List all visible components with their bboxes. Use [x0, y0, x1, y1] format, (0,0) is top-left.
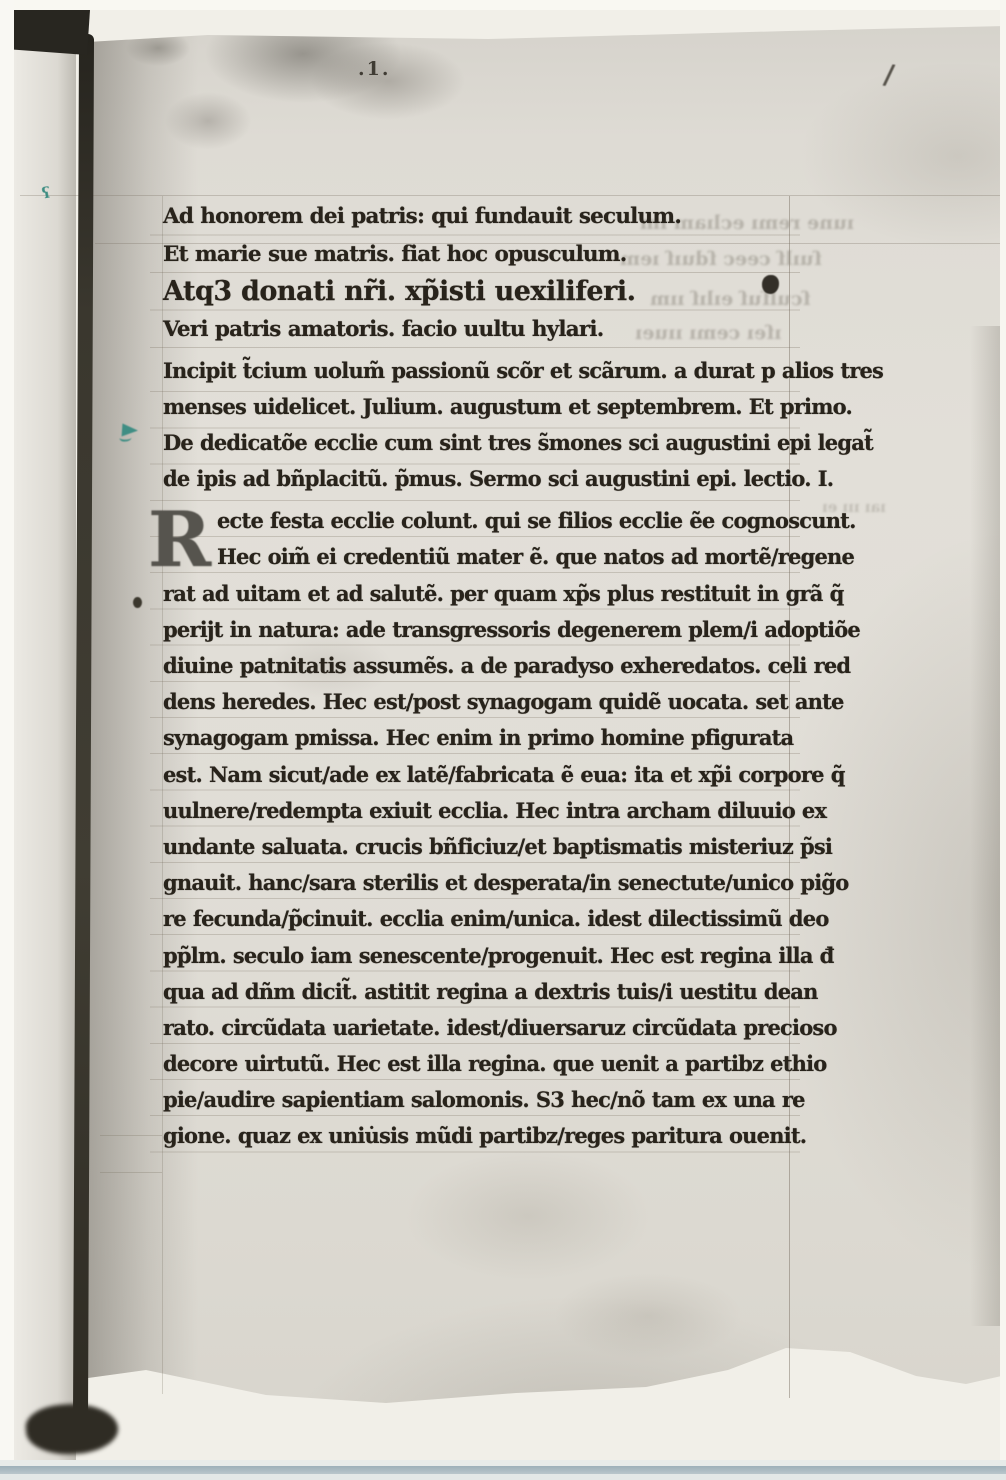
text-line: de ipis ad bñplacitũ. p̃mus. Sermo sci…	[163, 461, 811, 497]
text-line: rato. circũdata uarietate. idest/diuers…	[163, 1010, 811, 1046]
text-block: Ad honorem dei patris: qui fundauit secu…	[163, 198, 811, 1155]
binding-corner	[14, 10, 90, 55]
text-line: ecte festa ecclie colunt. qui se filios …	[163, 503, 811, 539]
text-line: uulnere/redempta exiuit ecclia. Hec intr…	[163, 793, 811, 829]
text-line: synagogam pmissa. Hec enim in primo homi…	[163, 720, 811, 756]
text-line: re fecunda/p̃cinuit. ecclia enim/unica. …	[163, 901, 811, 937]
text-line: Ad honorem dei patris: qui fundauit secu…	[163, 198, 811, 236]
text-line: Veri patris amatoris. facio uultu hylari…	[163, 311, 811, 349]
gutter-backing	[14, 10, 76, 1460]
text-line: De dedicatõe ecclie cum sint tres s̃mon…	[163, 425, 811, 461]
ruling-stub	[100, 1172, 162, 1173]
text-line: undante saluata. crucis bñficiuz/et bap…	[163, 829, 811, 865]
text-line: est. Nam sicut/ade ex latẽ/fabricata ẽ…	[163, 757, 811, 793]
text-line: dens heredes. Hec est/post synagogam qui…	[163, 684, 811, 720]
folio-number: .1.	[358, 58, 390, 80]
ink-dot-stain	[133, 597, 142, 608]
photo-border-left	[0, 0, 14, 1480]
text-line-display: Atq3 donati nr̃i. xp̃isti uexiliferi.	[163, 273, 811, 311]
photo-border-bottom-white	[0, 1474, 1006, 1480]
text-line: diuine patnitatis assumẽs. a de paradys…	[163, 648, 811, 684]
text-line: perijt in natura: ade transgressoris deg…	[163, 612, 811, 648]
photo-bottom-edge-line	[0, 1466, 1006, 1474]
text-line: Hec oim̃ ei credentiũ mater ẽ. que nat…	[163, 539, 811, 575]
text-line: pp̃lm. seculo iam senescente/progenuit. …	[163, 938, 811, 974]
photo-border-right	[1000, 0, 1006, 1480]
text-line: decore uirtutũ. Hec est illa regina. qu…	[163, 1046, 811, 1082]
ruling-line-full	[20, 195, 1000, 196]
photo-border-top	[0, 0, 1006, 10]
text-line: gnauit. hanc/sara sterilis et desperata/…	[163, 865, 811, 901]
text-line: Et marie sue matris. fiat hoc opusculum.	[163, 236, 811, 274]
text-line: rat ad uitam et ad salutẽ. per quam xp̃…	[163, 576, 811, 612]
text-line: pie/audire sapientiam salomonis. S3 hec/…	[163, 1082, 811, 1118]
text-line: menses uidelicet. Julium. augustum et se…	[163, 389, 811, 425]
ruling-stub	[100, 1135, 162, 1136]
text-line: gione. quaz ex uniu̇sis mũdi partibz/re…	[163, 1118, 811, 1154]
teal-margin-arrow-icon	[122, 423, 139, 437]
text-line: Incipit t̃cium uolum̃ passionũ scõr et…	[163, 353, 811, 389]
manuscript-photo: ıune remı eclıam ım ſuılſ ceec ſduıſ ıem…	[0, 0, 1006, 1480]
text-line: qua ad dñm dicit̃. astitit regina a dex…	[163, 974, 811, 1010]
